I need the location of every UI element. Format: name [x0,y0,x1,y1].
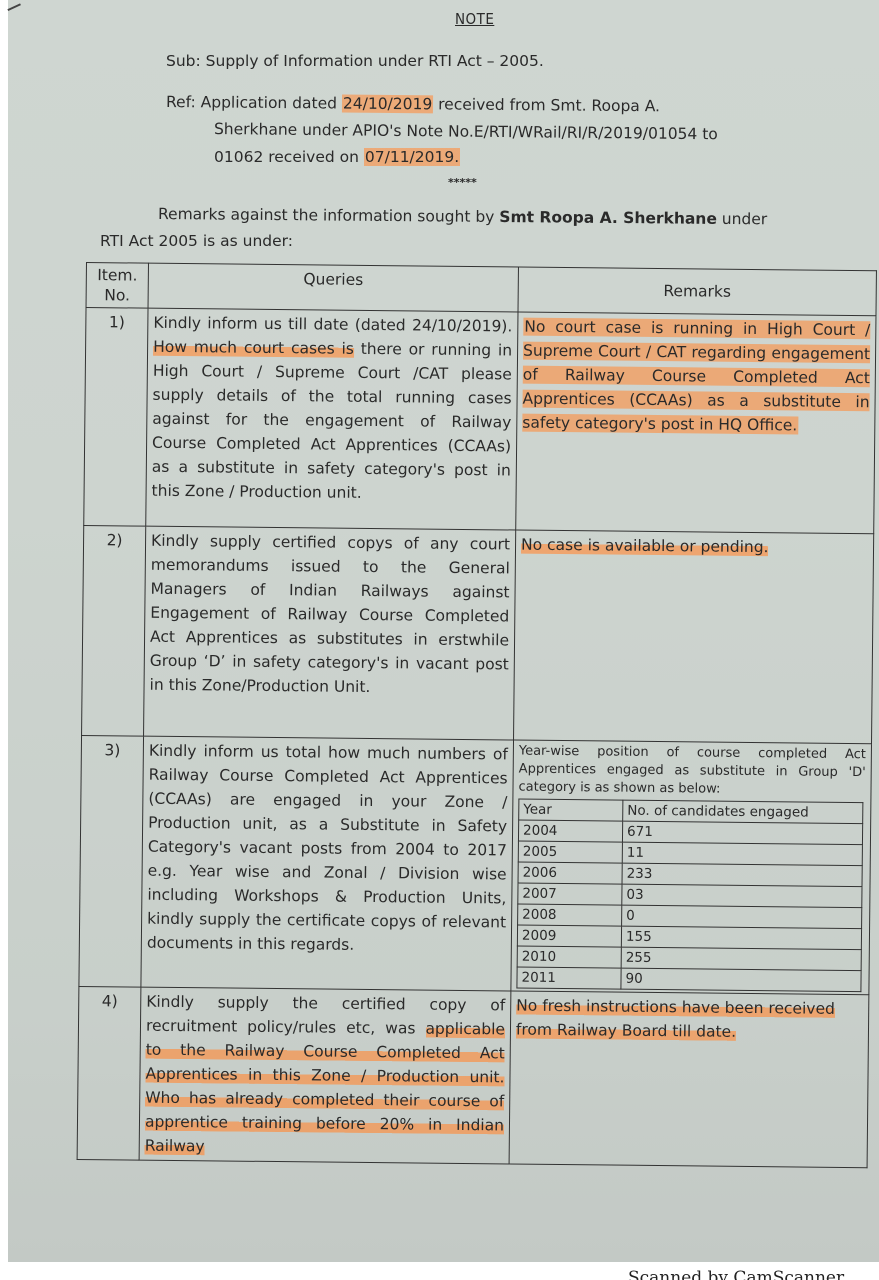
query-cell: Kindly inform us till date (dated 24/10/… [146,308,518,530]
count-cell: 671 [622,821,862,845]
remark-cell: No court case is running in High Court /… [516,312,876,534]
subject-text: Supply of Information under RTI Act – 20… [206,52,544,70]
count-cell: 11 [622,842,862,866]
intro-text: Remarks against the information sought b… [158,205,499,226]
year-cell: 2010 [517,946,621,968]
remarks-table: Item. No. Queries Remarks 1) Kindly info… [77,262,877,1168]
item-number: 4) [77,986,141,1160]
remark-text: No fresh instructions have been received… [516,997,835,1041]
ref-text-2: received from Smt. Roopa A. [433,95,660,115]
intro-line-2: RTI Act 2005 is as under: [100,232,293,250]
remark-cell: Year-wise position of course completed A… [511,740,872,995]
year-row: 201190 [517,967,861,992]
ref-line-3: 01062 received on 07/11/2019. [214,148,460,166]
separator-stars: ***** [448,176,477,189]
ref-text: Application dated [201,93,342,112]
remark-cell: No fresh instructions have been received… [509,991,869,1168]
intro-text-2: under [717,210,767,228]
watermark-text: Scanned by CamScanner [628,1268,844,1280]
ref-label: Ref: [166,93,196,111]
query-cell: Kindly inform us total how much numbers … [141,736,514,991]
subject-label: Sub: [166,52,201,70]
table-row: 3) Kindly inform us total how much numbe… [79,735,872,994]
item-number: 2) [82,525,146,736]
count-cell: 255 [621,947,861,971]
received-date-highlight: 07/11/2019. [364,148,460,166]
header-remarks: Remarks [518,267,876,316]
query-highlight: How much court cases is [153,338,354,358]
item-number: 3) [79,735,144,987]
remark-text: No court case is running in High Court /… [522,318,870,435]
ref-date-highlight: 24/10/2019 [342,95,433,114]
count-cell: 90 [621,968,861,992]
query-text-2: there or running in High Court / Supreme… [152,340,513,502]
count-cell: 03 [622,884,862,908]
remark-text: No case is available or pending. [521,536,769,557]
count-header: No. of candidates engaged [623,800,863,824]
header-queries: Queries [148,263,518,312]
header-item-no: Item. No. [86,263,148,309]
table-row: 2) Kindly supply certified copys of any … [82,525,874,743]
scanner-watermark: Scanned by CamScanner [628,1262,879,1280]
query-highlight: applicable to the Railway Course Complet… [145,1020,505,1156]
year-cell: 2008 [518,904,622,926]
query-text: Kindly inform us till date (dated 24/10/… [153,314,512,336]
count-cell: 155 [621,926,861,950]
subject-line: Sub: Supply of Information under RTI Act… [166,52,544,70]
year-cell: 2007 [518,883,622,905]
count-cell: 0 [622,905,862,929]
item-number: 1) [84,308,148,527]
table-row: 1) Kindly inform us till date (dated 24/… [84,308,876,534]
remark-intro: Year-wise position of course completed A… [518,743,866,801]
year-header: Year [519,799,623,821]
table-row: 4) Kindly supply the certified copy of r… [77,986,869,1167]
year-cell: 2004 [518,820,622,842]
query-cell: Kindly supply the certified copy of recr… [139,987,511,1164]
year-wise-table: Year No. of candidates engaged 200467120… [516,799,863,993]
count-cell: 233 [622,863,862,887]
remarks-table-wrapper: Item. No. Queries Remarks 1) Kindly info… [76,262,876,1250]
applicant-name: Smt Roopa A. Sherkhane [499,208,717,228]
ref-text-3: 01062 received on [214,148,364,166]
query-cell: Kindly supply certified copys of any cou… [144,526,516,740]
note-title: NOTE [455,10,494,28]
year-cell: 2009 [517,925,621,947]
year-cell: 2005 [518,841,622,863]
year-cell: 2011 [517,967,621,989]
remark-cell: No case is available or pending. [514,530,874,744]
year-cell: 2006 [518,862,622,884]
